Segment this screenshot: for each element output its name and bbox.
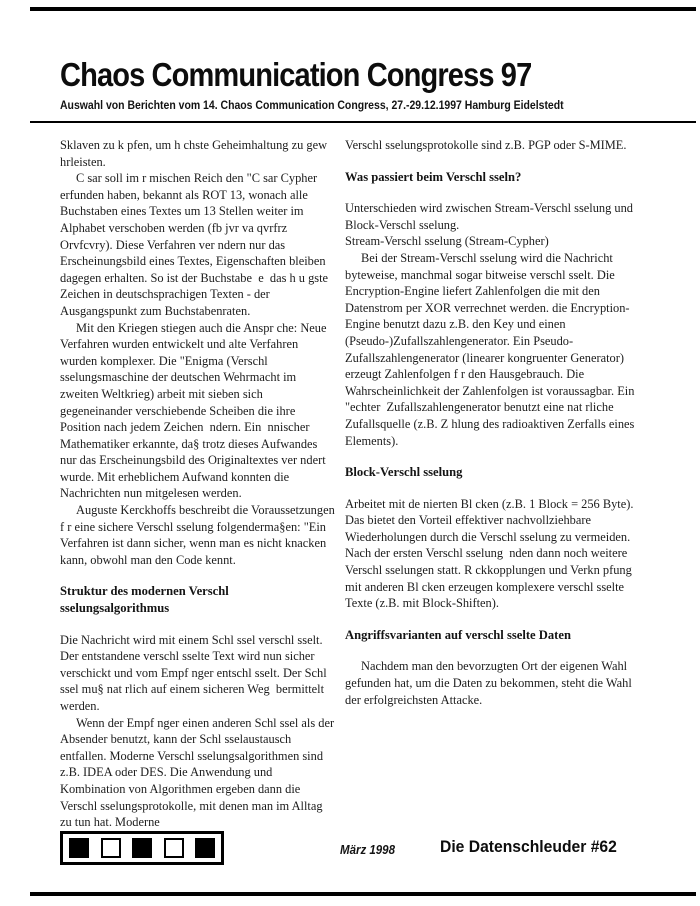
paragraph: Sklaven zu k pfen, um h chste Geheimhalt… bbox=[60, 137, 336, 170]
section-heading-verschluesseln: Was passiert beim Verschl sseln? bbox=[345, 169, 636, 186]
paragraph: Unterschieden wird zwischen Stream-Versc… bbox=[345, 200, 636, 233]
paragraph: Bei der Stream-Verschl sselung wird die … bbox=[345, 250, 636, 449]
footer-square-filled bbox=[132, 838, 152, 858]
paragraph: Die Nachricht wird mit einem Schl ssel v… bbox=[60, 632, 336, 715]
footer-square-outline bbox=[164, 838, 184, 858]
top-rule bbox=[30, 7, 696, 11]
paragraph: C sar soll im r mischen Reich den "C sar… bbox=[60, 170, 336, 319]
page-title: Chaos Communication Congress 97 bbox=[60, 56, 531, 94]
paragraph: Arbeitet mit de nierten Bl cken (z.B. 1 … bbox=[345, 496, 636, 612]
header-rule bbox=[30, 121, 696, 123]
issue-date: März 1998 bbox=[340, 843, 395, 857]
paragraph: Verschl sselungsprotokolle sind z.B. PGP… bbox=[345, 137, 636, 154]
left-column: Sklaven zu k pfen, um h chste Geheimhalt… bbox=[60, 137, 336, 831]
footer-square-filled bbox=[195, 838, 215, 858]
magazine-page: Chaos Communication Congress 97 Auswahl … bbox=[0, 0, 700, 906]
page-subtitle: Auswahl von Berichten vom 14. Chaos Comm… bbox=[60, 100, 564, 112]
bottom-rule bbox=[30, 892, 696, 896]
magazine-title: Die Datenschleuder #62 bbox=[440, 838, 617, 857]
paragraph: Mit den Kriegen stiegen auch die Anspr c… bbox=[60, 320, 336, 503]
section-heading-block: Block-Verschl sselung bbox=[345, 464, 636, 481]
section-heading-angriff: Angriffsvarianten auf verschl sselte Dat… bbox=[345, 627, 636, 644]
issue-square-pattern bbox=[60, 831, 224, 865]
paragraph: Nachdem man den bevorzugten Ort der eige… bbox=[345, 658, 636, 708]
paragraph: Auguste Kerckhoffs beschreibt die Voraus… bbox=[60, 502, 336, 568]
footer-square-filled bbox=[69, 838, 89, 858]
section-heading-struktur: Struktur des modernen Verschl sselungsal… bbox=[60, 583, 336, 616]
footer-square-outline bbox=[101, 838, 121, 858]
paragraph: Wenn der Empf nger einen anderen Schl ss… bbox=[60, 715, 336, 831]
paragraph: Stream-Verschl sselung (Stream-Cypher) bbox=[345, 233, 636, 250]
right-column: Verschl sselungsprotokolle sind z.B. PGP… bbox=[345, 137, 636, 708]
